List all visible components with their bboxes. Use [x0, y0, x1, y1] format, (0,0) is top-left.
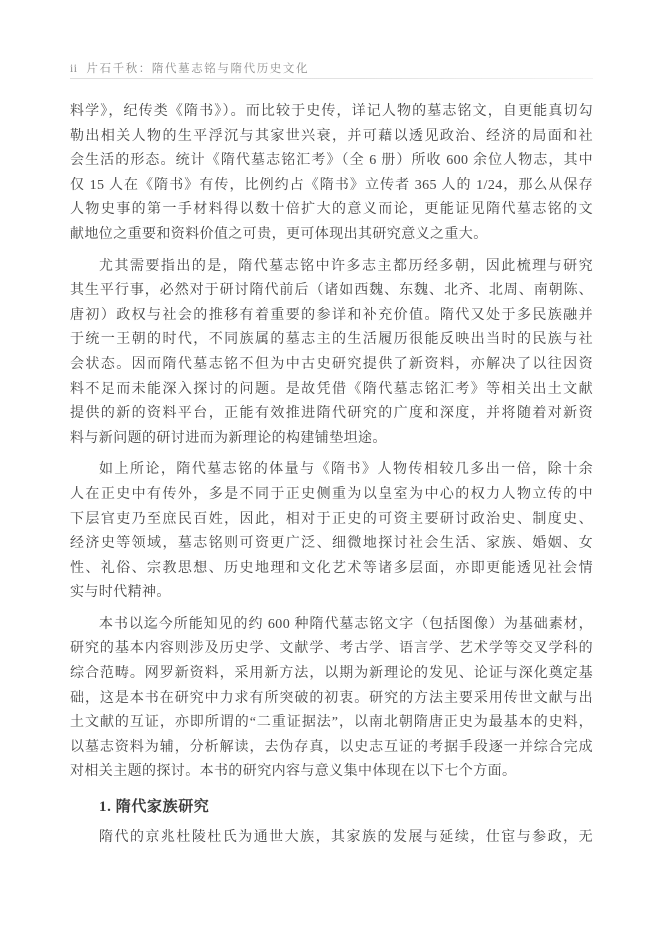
page-number: ii: [70, 63, 77, 75]
text-line: 于统一王朝的时代，不同族属的墓志主的生活履历很能反映出当时的民族与社: [70, 328, 593, 353]
text-line: 会生活的形态。统计《隋代墓志铭汇考》（全 6 册）所收 600 余位人物志，其中: [70, 149, 593, 174]
text-line: 唐初）政权与社会的推移有着重要的参详和补充价值。隋代又处于多民族融并: [70, 304, 593, 329]
text-line: 下层官吏乃至庶民百姓，因此，相对于正史的可资主要研讨政治史、制度史、: [70, 508, 593, 533]
text-line: 经济史等领域，墓志铭则可资更广泛、细微地探讨社会生活、家族、婚姻、女: [70, 532, 593, 557]
text-line: 综合范畴。网罗新资料，采用新方法，以期为新理论的发见、论证与深化奠定基: [70, 662, 593, 687]
paragraph: 尤其需要指出的是，隋代墓志铭中许多志主都历经多朝，因此梳理与研究 其生平行事，必…: [70, 255, 593, 452]
text-line: 对相关主题的探讨。本书的研究内容与意义集中体现在以下七个方面。: [70, 760, 593, 785]
text-line: 料与新问题的研讨进而为新理论的构建铺垫坦途。: [70, 427, 593, 452]
text-line: 如上所论，隋代墓志铭的体量与《隋书》人物传相较几多出一倍，除十余: [70, 458, 593, 483]
text-line: 本书以迄今所能知见的约 600 种隋代墓志铭文字（包括图像）为基础素材，: [70, 613, 593, 638]
text-line: 实与时代精神。: [70, 581, 593, 606]
running-title: 片石千秋：隋代墓志铭与隋代历史文化: [86, 63, 309, 75]
paragraph: 隋代的京兆杜陵杜氏为通世大族，其家族的发展与延续，仕宦与参政，无: [70, 826, 593, 851]
text-line: 料不足而未能深入探讨的问题。是故凭借《隋代墓志铭汇考》等相关出土文献: [70, 378, 593, 403]
text-line: 提供的新的资料平台，正能有效推进隋代研究的广度和深度，并将随着对新资: [70, 402, 593, 427]
paragraph: 如上所论，隋代墓志铭的体量与《隋书》人物传相较几多出一倍，除十余 人在正史中有传…: [70, 458, 593, 606]
text-line: 会状态。因而隋代墓志铭不但为中古史研究提供了新资料，亦解决了以往因资: [70, 353, 593, 378]
section-heading: 1. 隋代家族研究: [70, 795, 593, 820]
header-rule: [70, 78, 593, 79]
text-line: 土文献的互证，亦即所谓的“二重证据法”，以南北朝隋唐正史为最基本的史料，: [70, 711, 593, 736]
page-body: 料学》，纪传类《隋书》）。而比较于史传，详记人物的墓志铭文，自更能真切勾 勒出相…: [70, 100, 593, 858]
page-header: ii片石千秋：隋代墓志铭与隋代历史文化: [70, 60, 593, 76]
text-line: 献地位之重要和资料价值之可贵，更可体现出其研究意义之重大。: [70, 223, 593, 248]
text-line: 人在正史中有传外，多是不同于正史侧重为以皇室为中心的权力人物立传的中: [70, 483, 593, 508]
text-line: 仅 15 人在《隋书》有传，比例约占《隋书》立传者 365 人的 1/24，那么…: [70, 174, 593, 199]
text-line: 其生平行事，必然对于研讨隋代前后（诸如西魏、东魏、北齐、北周、南朝陈、: [70, 279, 593, 304]
text-line: 料学》，纪传类《隋书》）。而比较于史传，详记人物的墓志铭文，自更能真切勾: [70, 100, 593, 125]
text-line: 隋代的京兆杜陵杜氏为通世大族，其家族的发展与延续，仕宦与参政，无: [70, 826, 593, 851]
text-line: 尤其需要指出的是，隋代墓志铭中许多志主都历经多朝，因此梳理与研究: [70, 255, 593, 280]
text-line: 研究的基本内容则涉及历史学、文献学、考古学、语言学、艺术学等交叉学科的: [70, 637, 593, 662]
text-line: 性、礼俗、宗教思想、历史地理和文化艺术等诸多层面，亦即更能透见社会情: [70, 557, 593, 582]
text-line: 以墓志资料为辅，分析解读，去伪存真，以史志互证的考据手段逐一并综合完成: [70, 736, 593, 761]
paragraph: 料学》，纪传类《隋书》）。而比较于史传，详记人物的墓志铭文，自更能真切勾 勒出相…: [70, 100, 593, 248]
book-page: ii片石千秋：隋代墓志铭与隋代历史文化 料学》，纪传类《隋书》）。而比较于史传，…: [0, 0, 661, 925]
text-line: 勒出相关人物的生平浮沉与其家世兴衰，并可藉以透见政治、经济的局面和社: [70, 125, 593, 150]
text-line: 础，这是本书在研究中力求有所突破的初衷。研究的方法主要采用传世文献与出: [70, 687, 593, 712]
paragraph: 本书以迄今所能知见的约 600 种隋代墓志铭文字（包括图像）为基础素材， 研究的…: [70, 613, 593, 785]
text-line: 人物史事的第一手材料得以数十倍扩大的意义而论，更能证见隋代墓志铭的文: [70, 198, 593, 223]
